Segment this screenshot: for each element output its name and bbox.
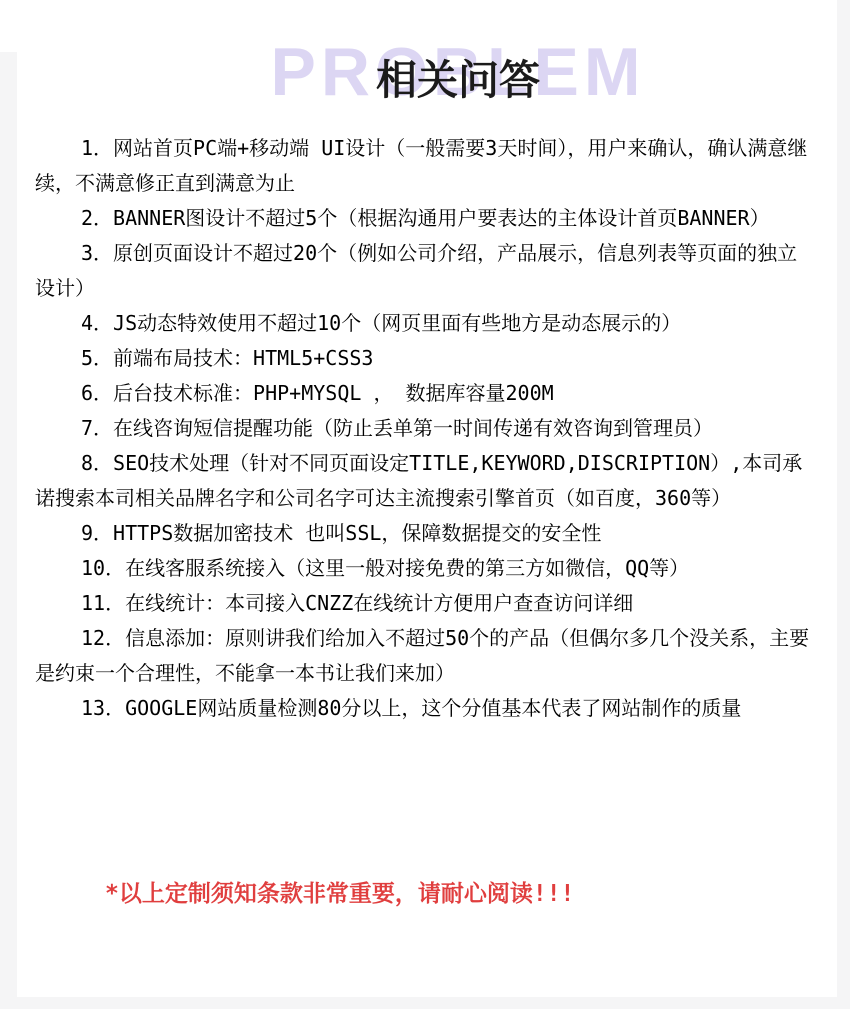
qa-item: 2．BANNER图设计不超过5个（根据沟通用户要表达的主体设计首页BANNER）	[35, 201, 815, 236]
qa-item: 6．后台技术标准：PHP+MYSQL ， 数据库容量200M	[35, 376, 815, 411]
qa-item: 12．信息添加：原则讲我们给加入不超过50个的产品（但偶尔多几个没关系，主要是约…	[35, 621, 815, 691]
page-background: { "header": { "watermark": "PROBLEM", "t…	[0, 0, 850, 1009]
qa-item: 9．HTTPS数据加密技术 也叫SSL，保障数据提交的安全性	[35, 516, 815, 551]
qa-item: 5．前端布局技术：HTML5+CSS3	[35, 341, 815, 376]
qa-item: 11．在线统计：本司接入CNZZ在线统计方便用户查查访问详细	[35, 586, 815, 621]
qa-item: 13．GOOGLE网站质量检测80分以上，这个分值基本代表了网站制作的质量	[35, 691, 815, 726]
qa-list: 1．网站首页PC端+移动端 UI设计（一般需要3天时间），用户来确认，确认满意继…	[35, 131, 815, 726]
qa-item: 8．SEO技术处理（针对不同页面设定TITLE,KEYWORD,DISCRIPT…	[35, 446, 815, 516]
top-white-strip	[0, 0, 837, 52]
qa-item: 3．原创页面设计不超过20个（例如公司介绍，产品展示，信息列表等页面的独立设计）	[35, 236, 815, 306]
qa-item: 10．在线客服系统接入（这里一般对接免费的第三方如微信，QQ等）	[35, 551, 815, 586]
warning-note: *以上定制须知条款非常重要，请耐心阅读!!!	[105, 879, 574, 909]
qa-item: 7．在线咨询短信提醒功能（防止丢单第一时间传递有效咨询到管理员）	[35, 411, 815, 446]
qa-item: 4．JS动态特效使用不超过10个（网页里面有些地方是动态展示的）	[35, 306, 815, 341]
qa-item: 1．网站首页PC端+移动端 UI设计（一般需要3天时间），用户来确认，确认满意继…	[35, 131, 815, 201]
